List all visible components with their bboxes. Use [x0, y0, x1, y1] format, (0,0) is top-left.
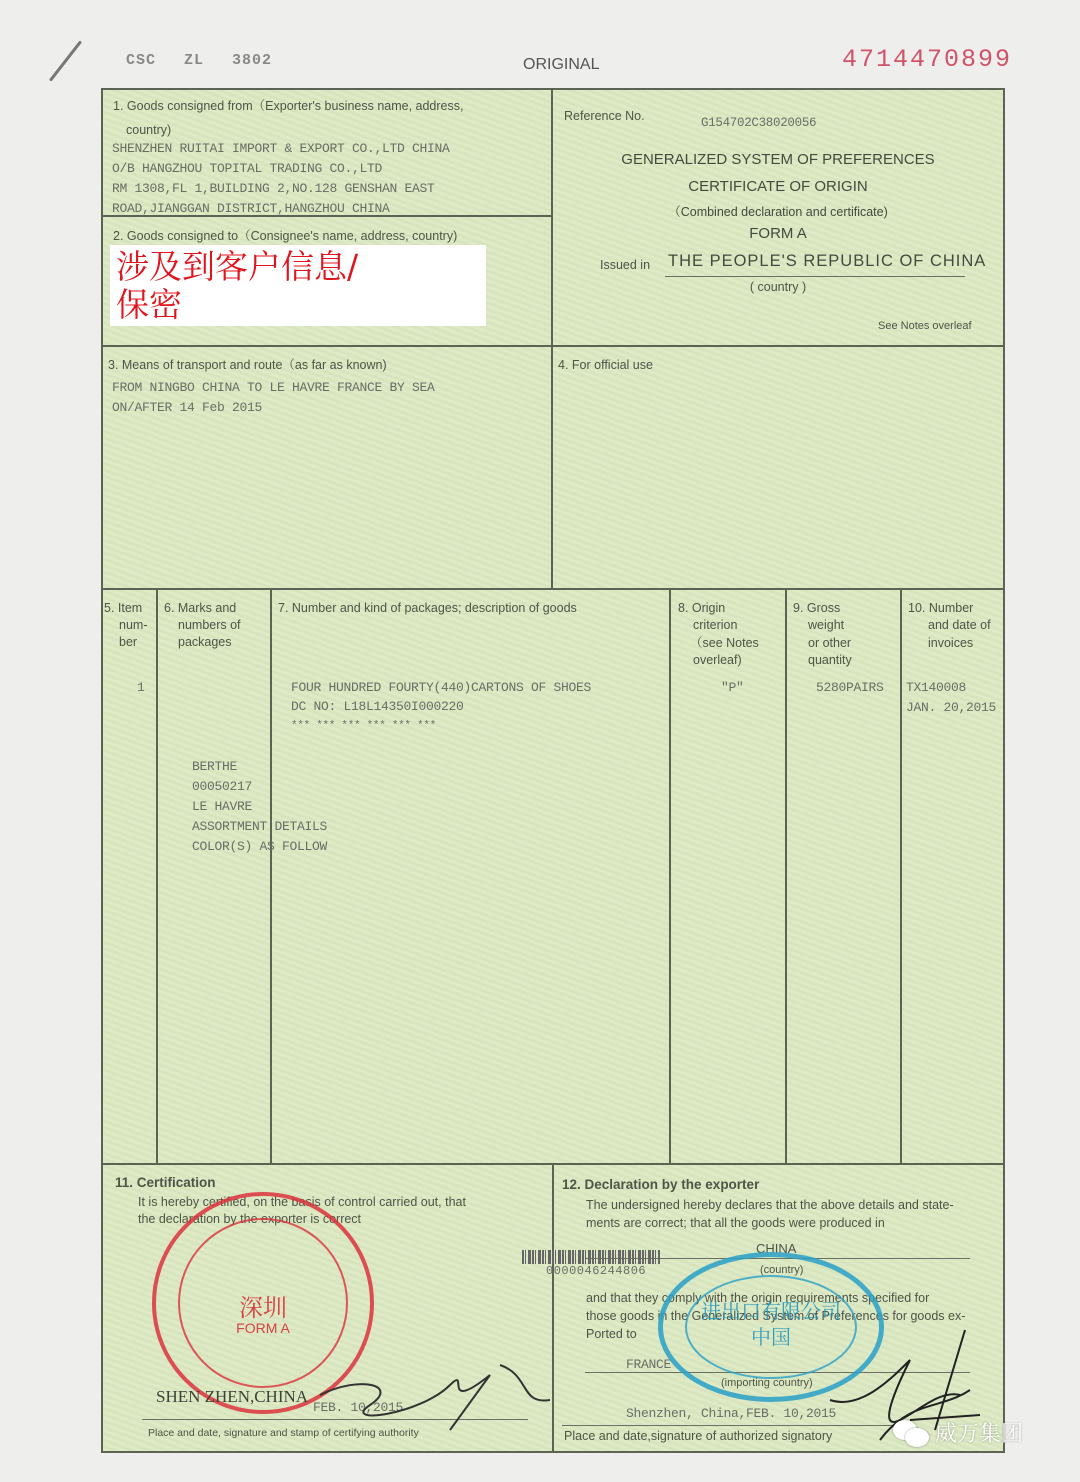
- box1-label-cont: country): [126, 122, 171, 139]
- consignee-redaction: 涉及到客户信息/ 保密: [110, 245, 486, 326]
- exporter-line-2: O/B HANGZHOU TOPITAL TRADING CO.,LTD: [112, 159, 382, 179]
- issued-country: THE PEOPLE'S REPUBLIC OF CHINA: [668, 252, 986, 271]
- shipping-mark-5: COLOR(S) AS FOLLOW: [192, 837, 327, 857]
- reference-label: Reference No.: [564, 108, 645, 125]
- issued-in-label: Issued in: [600, 257, 650, 274]
- barcode-number: 0000046244806: [546, 1264, 646, 1278]
- divider: [900, 588, 902, 1163]
- header-weight-3: or other: [808, 635, 851, 652]
- divider: [101, 345, 1005, 347]
- header-item-1: 5. Item: [104, 600, 142, 617]
- divider: [156, 588, 158, 1163]
- title-form-a: FORM A: [552, 225, 1004, 242]
- title-subtitle: （Combined declaration and certificate): [552, 202, 1004, 220]
- header-invoice-1: 10. Number: [908, 600, 973, 617]
- reference-number: G154702C38020056: [701, 113, 816, 133]
- header-origin-1: 8. Origin: [678, 600, 725, 617]
- copy-type-label: ORIGINAL: [523, 56, 599, 74]
- exporter-line-4: ROAD,JIANGGAN DISTRICT,HANGZHOU CHINA: [112, 199, 390, 219]
- gross-quantity: 5280PAIRS: [816, 678, 884, 698]
- goods-description-1: FOUR HUNDRED FOURTY(440)CARTONS OF SHOES: [291, 678, 591, 698]
- declaration-text-2: ments are correct; that all the goods we…: [586, 1215, 885, 1232]
- transport-route-line-2: ON/AFTER 14 Feb 2015: [112, 398, 262, 418]
- serial-number: 4714470899: [842, 45, 1012, 74]
- item-number: 1: [137, 678, 145, 698]
- box1-label: 1. Goods consigned from（Exporter's busin…: [113, 98, 463, 115]
- title-gsp: GENERALIZED SYSTEM OF PREFERENCES: [552, 151, 1004, 168]
- staple-mark: [49, 40, 82, 81]
- stamp-city: 深圳: [156, 1288, 370, 1323]
- exporter-line-1: SHENZHEN RUITAI IMPORT & EXPORT CO.,LTD …: [112, 139, 450, 159]
- box4-label: 4. For official use: [558, 357, 653, 374]
- exporter-place-date: Shenzhen, China,FEB. 10,2015: [626, 1404, 836, 1424]
- declaration-text-5: Ported to: [586, 1326, 637, 1343]
- country-caption: ( country ): [552, 279, 1004, 296]
- certifying-place: SHEN ZHEN,CHINA: [156, 1387, 308, 1407]
- barcode: [522, 1250, 660, 1264]
- header-origin-3: （see Notes: [690, 635, 759, 652]
- shipping-mark-3: LE HAVRE: [192, 797, 252, 817]
- shipping-mark-2: 00050217: [192, 777, 252, 797]
- exporter-line-3: RM 1308,FL 1,BUILDING 2,NO.128 GENSHAN E…: [112, 179, 435, 199]
- header-invoice-2: and date of: [928, 617, 991, 634]
- header-invoice-3: invoices: [928, 635, 973, 652]
- issued-underline: [665, 276, 965, 277]
- box2-label: 2. Goods consigned to（Consignee's name, …: [113, 228, 457, 245]
- wechat-icon: [893, 1418, 931, 1448]
- redaction-text-1: 涉及到客户信息/: [116, 248, 486, 286]
- header-item-2: num-: [119, 617, 147, 634]
- header-origin-2: criterion: [693, 617, 737, 634]
- form-code-mid: ZL: [184, 52, 204, 69]
- divider: [101, 588, 1005, 590]
- box3-label: 3. Means of transport and route（as far a…: [108, 357, 387, 374]
- header-marks-3: packages: [178, 634, 232, 651]
- box12-title: 12. Declaration by the exporter: [562, 1176, 759, 1193]
- header-item-3: ber: [119, 634, 137, 651]
- watermark-text: 威万集团: [935, 1417, 1023, 1448]
- header-origin-4: overleaf): [693, 652, 742, 669]
- header-marks-1: 6. Marks and: [164, 600, 236, 617]
- divider: [669, 588, 671, 1163]
- header-weight-1: 9. Gross: [793, 600, 840, 617]
- box12-caption: Place and date,signature of authorized s…: [564, 1428, 832, 1445]
- title-certificate: CERTIFICATE OF ORIGIN: [552, 178, 1004, 195]
- goods-description-2: DC NO: L18L14350I000220: [291, 697, 464, 717]
- divider: [270, 588, 272, 1163]
- see-notes-overleaf: See Notes overleaf: [878, 318, 972, 335]
- form-code-number: 3802: [232, 52, 272, 69]
- box11-title: 11. Certification: [115, 1174, 216, 1191]
- redaction-text-2: 保密: [116, 286, 486, 324]
- divider: [785, 588, 787, 1163]
- wechat-watermark: 威万集团: [893, 1417, 1023, 1448]
- header-weight-2: weight: [808, 617, 844, 634]
- header-description: 7. Number and kind of packages; descript…: [278, 600, 577, 617]
- invoice-number: TX140008: [906, 678, 966, 698]
- transport-route-line-1: FROM NINGBO CHINA TO LE HAVRE FRANCE BY …: [112, 378, 435, 398]
- certifier-signature: [300, 1345, 560, 1435]
- goods-description-3: *** *** *** *** *** ***: [291, 716, 436, 736]
- header-marks-2: numbers of: [178, 617, 241, 634]
- stamp-form: FORM A: [156, 1320, 370, 1336]
- origin-criterion: "P": [721, 678, 744, 698]
- shipping-mark-1: BERTHE: [192, 757, 237, 777]
- invoice-date: JAN. 20,2015: [906, 698, 996, 718]
- form-code-prefix: CSC: [126, 52, 156, 69]
- header-weight-4: quantity: [808, 652, 852, 669]
- declaration-text-1: The undersigned hereby declares that the…: [586, 1197, 954, 1214]
- shipping-mark-4: ASSORTMENT DETAILS: [192, 817, 327, 837]
